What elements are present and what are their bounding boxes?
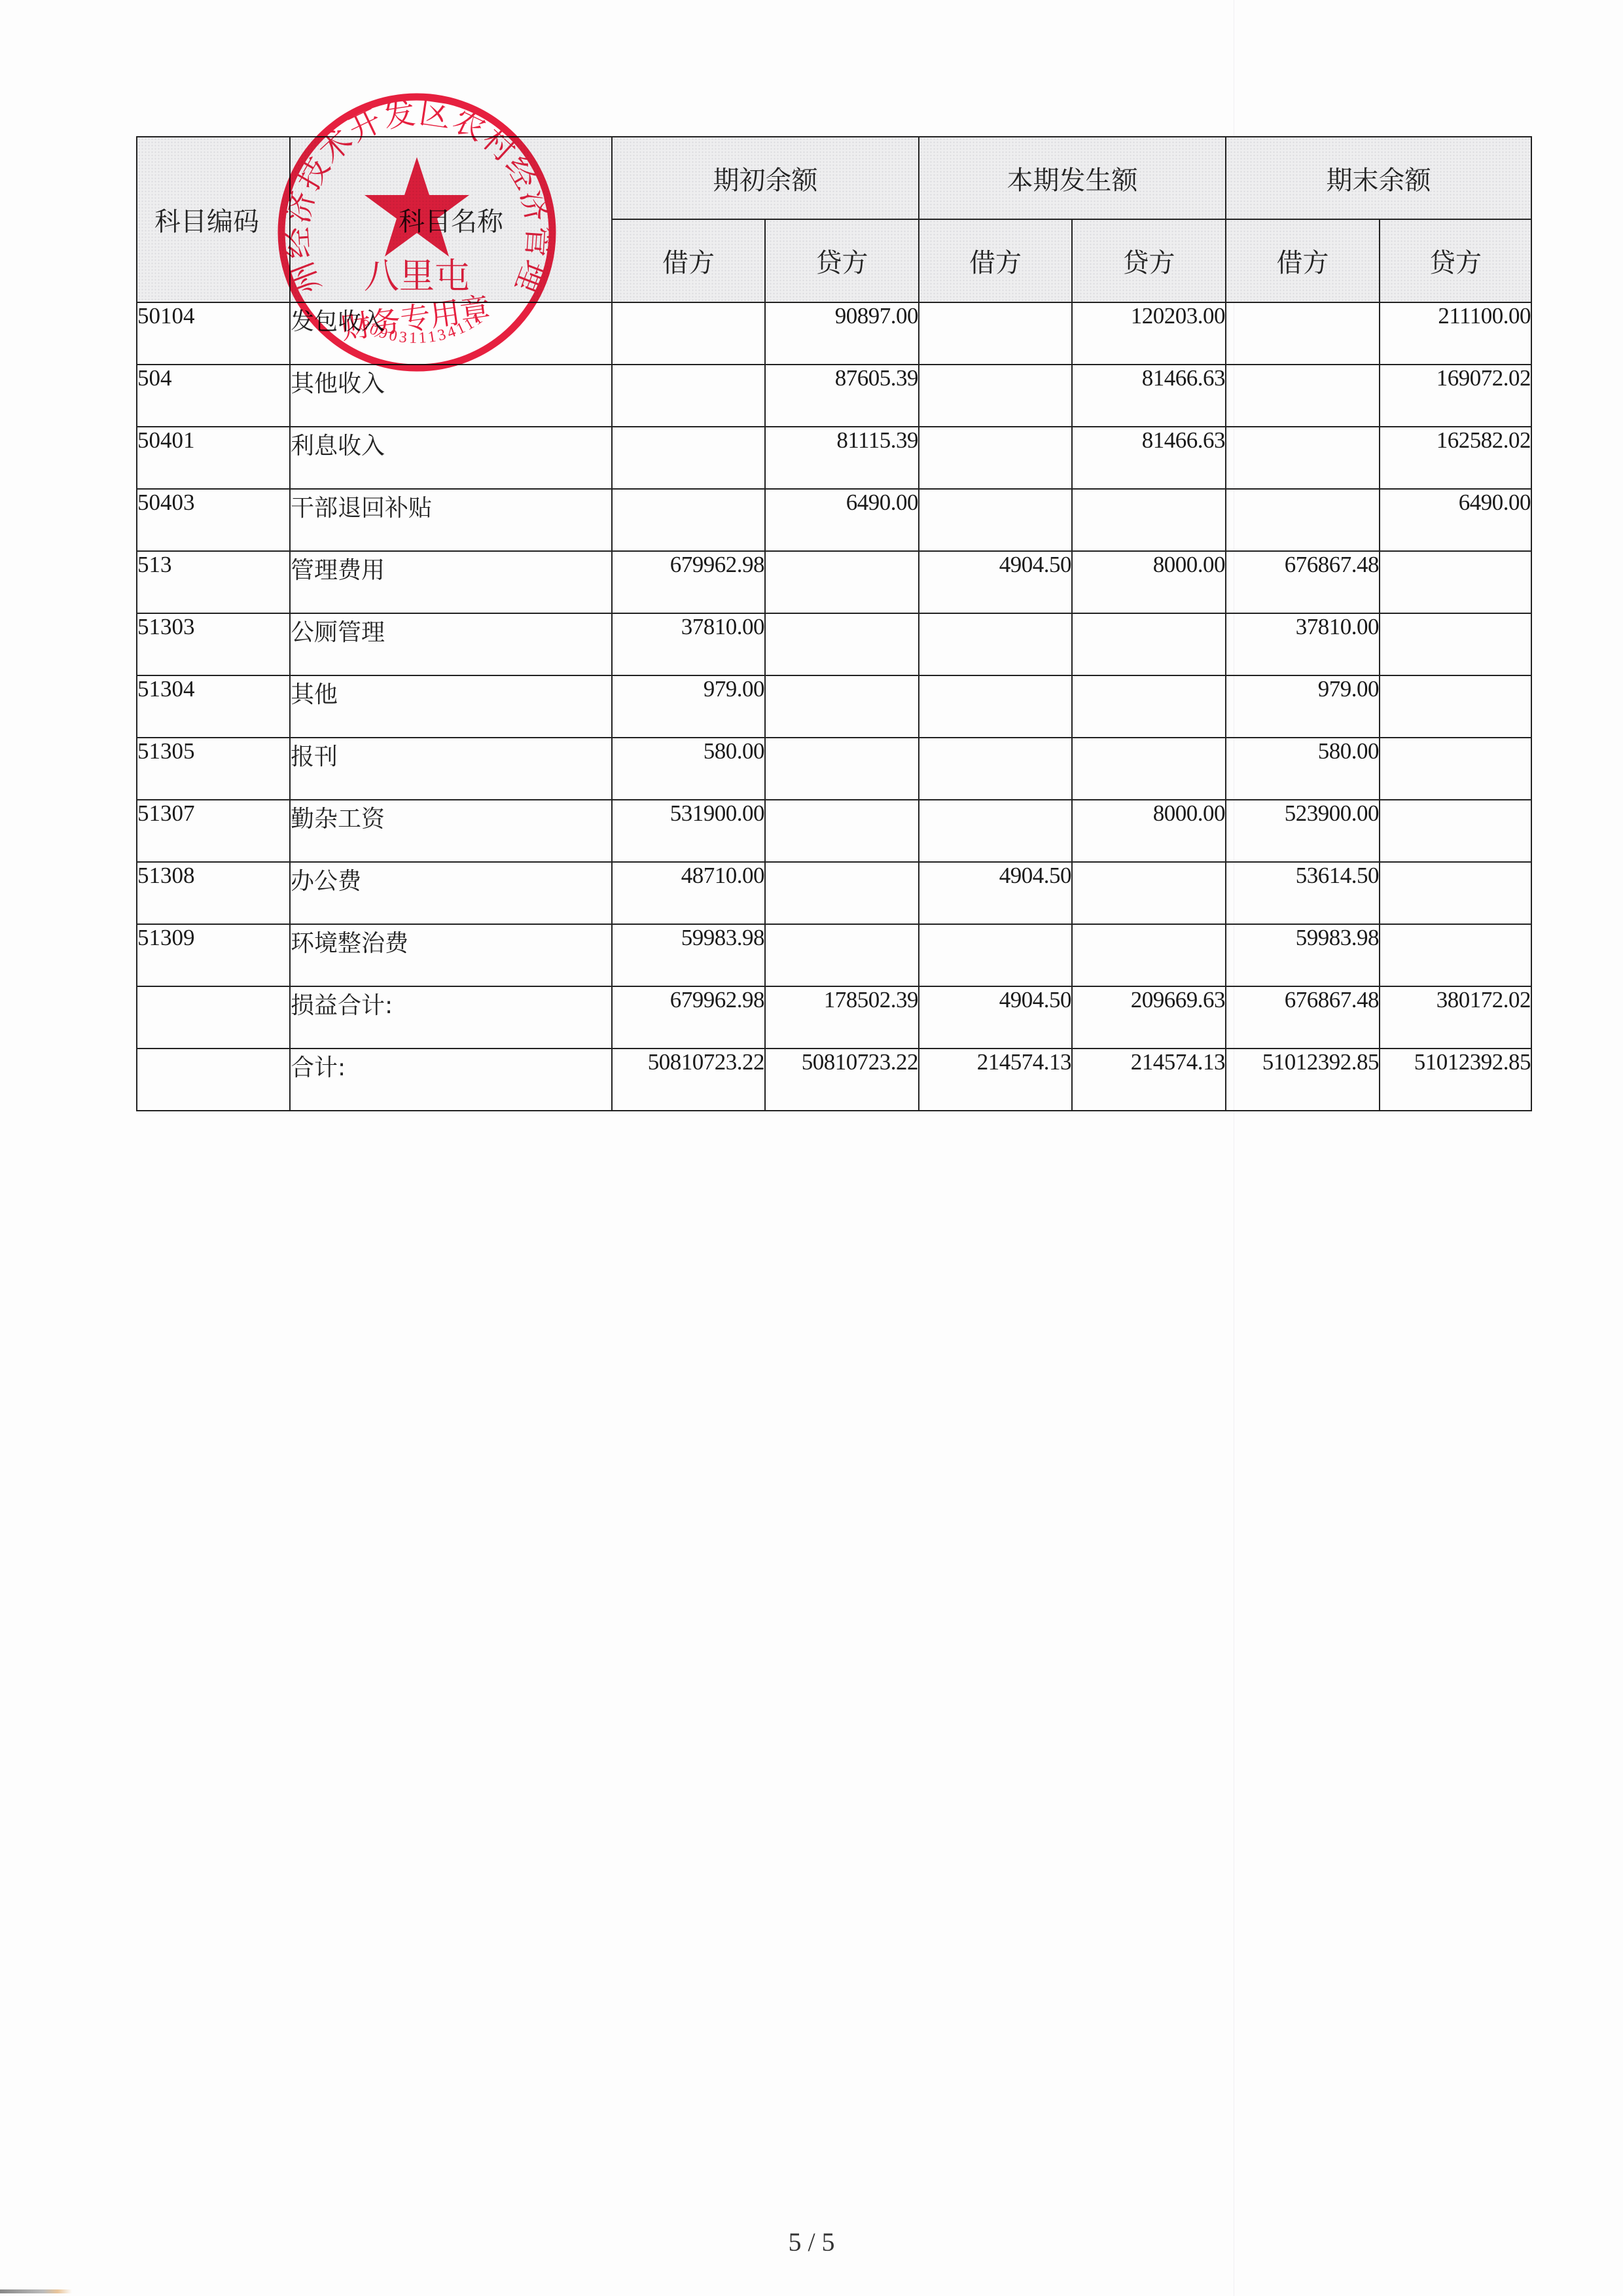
cell-account-name: 公厕管理 — [290, 613, 612, 675]
cell-current-credit: 8000.00 — [1072, 551, 1226, 613]
cell-closing-credit: 169072.02 — [1380, 365, 1531, 427]
document-page: 科目编码 科目名称 期初余额 本期发生额 期末余额 借方 贷方 借方 贷方 借方… — [0, 0, 1623, 2296]
cell-account-code: 50403 — [137, 489, 290, 551]
header-account-name: 科目名称 — [290, 137, 612, 302]
cell-current-credit — [1072, 675, 1226, 738]
cell-account-name: 勤杂工资 — [290, 800, 612, 862]
cell-account-name: 干部退回补贴 — [290, 489, 612, 551]
table-row: 504其他收入87605.3981466.63169072.02 — [137, 365, 1531, 427]
cell-current-debit: 4904.50 — [919, 551, 1072, 613]
table-row: 51307勤杂工资531900.008000.00523900.00 — [137, 800, 1531, 862]
cell-opening-credit — [765, 862, 919, 924]
table-row: 513管理费用679962.984904.508000.00676867.48 — [137, 551, 1531, 613]
cell-opening-credit — [765, 738, 919, 800]
cell-closing-credit: 211100.00 — [1380, 302, 1531, 365]
cell-current-credit — [1072, 738, 1226, 800]
cell-account-code: 51304 — [137, 675, 290, 738]
cell-current-debit: 4904.50 — [919, 986, 1072, 1049]
cell-account-name: 损益合计: — [290, 986, 612, 1049]
cell-opening-credit: 6490.00 — [765, 489, 919, 551]
cell-closing-debit: 979.00 — [1226, 675, 1380, 738]
cell-opening-credit — [765, 675, 919, 738]
cell-current-debit — [919, 365, 1072, 427]
cell-closing-credit — [1380, 613, 1531, 675]
cell-current-credit — [1072, 613, 1226, 675]
cell-closing-debit: 676867.48 — [1226, 986, 1380, 1049]
header-account-code: 科目编码 — [137, 137, 290, 302]
cell-current-debit — [919, 738, 1072, 800]
ledger-table: 科目编码 科目名称 期初余额 本期发生额 期末余额 借方 贷方 借方 贷方 借方… — [136, 136, 1532, 1111]
cell-account-name: 管理费用 — [290, 551, 612, 613]
cell-account-name: 办公费 — [290, 862, 612, 924]
cell-opening-credit: 178502.39 — [765, 986, 919, 1049]
cell-opening-credit — [765, 800, 919, 862]
cell-current-debit — [919, 302, 1072, 365]
cell-current-credit: 209669.63 — [1072, 986, 1226, 1049]
cell-current-debit: 4904.50 — [919, 862, 1072, 924]
cell-current-credit: 120203.00 — [1072, 302, 1226, 365]
cell-closing-credit: 51012392.85 — [1380, 1049, 1531, 1111]
cell-closing-debit: 53614.50 — [1226, 862, 1380, 924]
table-row: 51308办公费48710.004904.5053614.50 — [137, 862, 1531, 924]
cell-opening-debit: 531900.00 — [612, 800, 765, 862]
cell-opening-credit: 87605.39 — [765, 365, 919, 427]
cell-closing-credit — [1380, 800, 1531, 862]
cell-current-credit: 81466.63 — [1072, 365, 1226, 427]
cell-closing-debit: 523900.00 — [1226, 800, 1380, 862]
cell-account-code: 504 — [137, 365, 290, 427]
cell-current-debit — [919, 675, 1072, 738]
cell-closing-credit — [1380, 924, 1531, 986]
cell-opening-credit: 50810723.22 — [765, 1049, 919, 1111]
cell-account-name: 报刊 — [290, 738, 612, 800]
cell-opening-debit: 48710.00 — [612, 862, 765, 924]
cell-closing-debit — [1226, 427, 1380, 489]
table-row: 51304其他979.00979.00 — [137, 675, 1531, 738]
header-closing-debit: 借方 — [1226, 219, 1380, 302]
cell-opening-debit — [612, 489, 765, 551]
cell-closing-debit — [1226, 302, 1380, 365]
cell-closing-debit: 580.00 — [1226, 738, 1380, 800]
cell-opening-debit: 679962.98 — [612, 986, 765, 1049]
cell-closing-credit: 162582.02 — [1380, 427, 1531, 489]
header-closing-balance: 期末余额 — [1226, 137, 1531, 219]
cell-account-code: 51308 — [137, 862, 290, 924]
cell-opening-credit: 81115.39 — [765, 427, 919, 489]
cell-opening-debit — [612, 365, 765, 427]
cell-closing-debit: 59983.98 — [1226, 924, 1380, 986]
cell-opening-credit — [765, 551, 919, 613]
cell-opening-debit: 580.00 — [612, 738, 765, 800]
scan-edge-mark — [0, 2289, 72, 2293]
cell-closing-credit: 380172.02 — [1380, 986, 1531, 1049]
cell-account-code: 50401 — [137, 427, 290, 489]
cell-account-code: 51303 — [137, 613, 290, 675]
cell-account-code: 51305 — [137, 738, 290, 800]
cell-account-name: 合计: — [290, 1049, 612, 1111]
cell-opening-debit: 59983.98 — [612, 924, 765, 986]
cell-current-debit — [919, 800, 1072, 862]
page-number: 5 / 5 — [0, 2227, 1623, 2257]
cell-closing-debit — [1226, 489, 1380, 551]
cell-current-credit — [1072, 489, 1226, 551]
cell-opening-debit: 679962.98 — [612, 551, 765, 613]
cell-opening-debit: 37810.00 — [612, 613, 765, 675]
header-opening-credit: 贷方 — [765, 219, 919, 302]
cell-current-debit — [919, 489, 1072, 551]
header-opening-debit: 借方 — [612, 219, 765, 302]
table-row: 合计:50810723.2250810723.22214574.13214574… — [137, 1049, 1531, 1111]
cell-closing-credit: 6490.00 — [1380, 489, 1531, 551]
cell-current-credit — [1072, 924, 1226, 986]
cell-current-debit — [919, 427, 1072, 489]
cell-closing-debit — [1226, 365, 1380, 427]
table-row: 50104发包收入90897.00120203.00211100.00 — [137, 302, 1531, 365]
cell-closing-credit — [1380, 738, 1531, 800]
cell-account-name: 发包收入 — [290, 302, 612, 365]
cell-closing-debit: 51012392.85 — [1226, 1049, 1380, 1111]
cell-closing-debit: 676867.48 — [1226, 551, 1380, 613]
table-row: 51309环境整治费59983.9859983.98 — [137, 924, 1531, 986]
cell-current-debit — [919, 924, 1072, 986]
cell-current-credit — [1072, 862, 1226, 924]
cell-account-name: 其他 — [290, 675, 612, 738]
cell-closing-credit — [1380, 551, 1531, 613]
cell-closing-credit — [1380, 675, 1531, 738]
cell-account-code — [137, 1049, 290, 1111]
header-closing-credit: 贷方 — [1380, 219, 1531, 302]
cell-current-debit: 214574.13 — [919, 1049, 1072, 1111]
cell-account-code: 513 — [137, 551, 290, 613]
cell-opening-credit: 90897.00 — [765, 302, 919, 365]
cell-account-name: 其他收入 — [290, 365, 612, 427]
cell-opening-debit — [612, 302, 765, 365]
table-row: 51305报刊580.00580.00 — [137, 738, 1531, 800]
cell-current-credit: 8000.00 — [1072, 800, 1226, 862]
ledger-body: 50104发包收入90897.00120203.00211100.00504其他… — [137, 302, 1531, 1111]
cell-account-code: 51307 — [137, 800, 290, 862]
cell-current-credit: 214574.13 — [1072, 1049, 1226, 1111]
cell-opening-credit — [765, 924, 919, 986]
cell-account-code: 50104 — [137, 302, 290, 365]
cell-current-credit: 81466.63 — [1072, 427, 1226, 489]
cell-opening-debit — [612, 427, 765, 489]
table-row: 50403干部退回补贴6490.006490.00 — [137, 489, 1531, 551]
cell-opening-debit: 50810723.22 — [612, 1049, 765, 1111]
header-current-credit: 贷方 — [1072, 219, 1226, 302]
header-opening-balance: 期初余额 — [612, 137, 919, 219]
cell-account-name: 利息收入 — [290, 427, 612, 489]
cell-current-debit — [919, 613, 1072, 675]
table-row: 损益合计:679962.98178502.394904.50209669.636… — [137, 986, 1531, 1049]
table-row: 50401利息收入81115.3981466.63162582.02 — [137, 427, 1531, 489]
table-row: 51303公厕管理37810.0037810.00 — [137, 613, 1531, 675]
cell-closing-debit: 37810.00 — [1226, 613, 1380, 675]
cell-opening-debit: 979.00 — [612, 675, 765, 738]
cell-account-name: 环境整治费 — [290, 924, 612, 986]
cell-account-code — [137, 986, 290, 1049]
header-current-debit: 借方 — [919, 219, 1072, 302]
cell-closing-credit — [1380, 862, 1531, 924]
cell-account-code: 51309 — [137, 924, 290, 986]
header-current-period: 本期发生额 — [919, 137, 1226, 219]
cell-opening-credit — [765, 613, 919, 675]
